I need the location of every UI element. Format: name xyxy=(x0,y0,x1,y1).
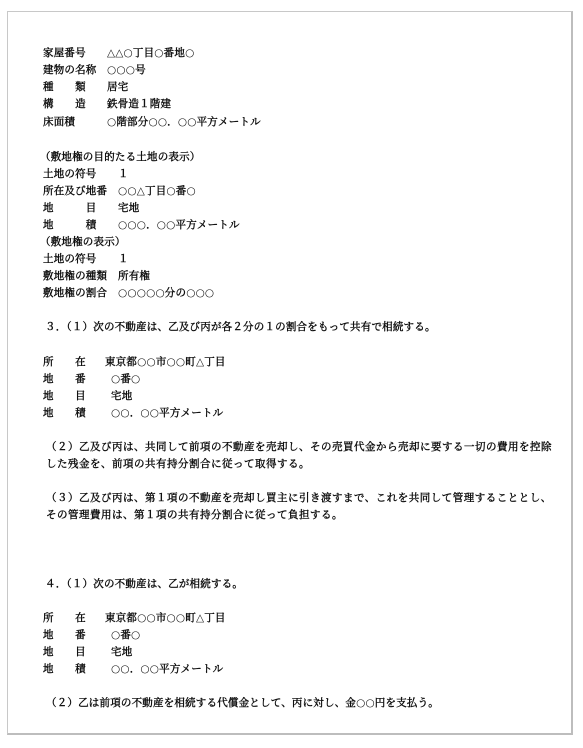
property-row: 地 積○○．○○平方メートル xyxy=(43,406,223,420)
row-value: 東京都○○市○○町△丁目 xyxy=(105,355,226,369)
site-land-row: 所在及び地番○○△丁目○番○ xyxy=(43,184,196,198)
row-label: 所 在 xyxy=(43,611,105,625)
row-label: 所在及び地番 xyxy=(43,184,118,198)
row-value: 東京都○○市○○町△丁目 xyxy=(105,611,226,625)
row-value: 宅地 xyxy=(118,201,139,215)
row-label: 土地の符号 xyxy=(43,252,118,266)
row-label: 家屋番号 xyxy=(43,46,107,60)
property-row: 所 在東京都○○市○○町△丁目 xyxy=(43,355,226,369)
site-right-row: 土地の符号１ xyxy=(43,252,129,266)
property-row: 地 目宅地 xyxy=(43,389,132,403)
row-value: １ xyxy=(118,252,129,266)
site-right-row: 敷地権の割合○○○○○分の○○○ xyxy=(43,286,214,300)
property-row: 地 番○番○ xyxy=(43,628,140,642)
site-land-row: 地 目宅地 xyxy=(43,201,139,215)
row-value: 居宅 xyxy=(107,80,128,94)
building-row: 種 類居宅 xyxy=(43,80,128,94)
clause-4-1: ４．（１）次の不動産は、乙が相続する。 xyxy=(45,577,243,591)
property-row: 地 積○○．○○平方メートル xyxy=(43,662,223,676)
row-value: ○番○ xyxy=(111,372,140,386)
building-row: 家屋番号△△○丁目○番地○ xyxy=(43,46,194,60)
row-value: ○○．○○平方メートル xyxy=(111,406,223,420)
row-label: 地 積 xyxy=(43,218,118,232)
row-label: 建物の名称 xyxy=(43,63,107,77)
row-value: ○○○○○分の○○○ xyxy=(118,286,214,300)
row-label: 所 在 xyxy=(43,355,105,369)
row-value: ○番○ xyxy=(111,628,140,642)
row-value: 所有権 xyxy=(118,269,150,283)
building-row: 構 造鉄骨造１階建 xyxy=(43,97,171,111)
row-value: ○階部分○○．○○平方メートル xyxy=(107,115,261,129)
building-row: 建物の名称○○○号 xyxy=(43,63,146,77)
site-land-row: 地 積○○○．○○平方メートル xyxy=(43,218,240,232)
row-label: 地 番 xyxy=(43,372,111,386)
row-value: ○○○．○○平方メートル xyxy=(118,218,240,232)
row-value: ○○○号 xyxy=(107,63,146,77)
clause-3-3: （３）乙及び丙は、第１項の不動産を売却し買主に引き渡すまで、これを共同して管理す… xyxy=(46,490,556,524)
building-row: 床面積○階部分○○．○○平方メートル xyxy=(43,115,261,129)
row-label: 敷地権の割合 xyxy=(43,286,118,300)
section-heading: （敷地権の目的たる土地の表示） xyxy=(40,150,201,164)
row-value: ○○△丁目○番○ xyxy=(118,184,196,198)
row-label: 床面積 xyxy=(43,115,107,129)
row-label: 土地の符号 xyxy=(43,167,118,181)
clause-3-1: ３．（１）次の不動産は、乙及び丙が各２分の１の割合をもって共有で相続する。 xyxy=(45,320,436,334)
row-value: 鉄骨造１階建 xyxy=(107,97,171,111)
section-heading: （敷地権の表示） xyxy=(40,235,126,249)
row-value: 宅地 xyxy=(111,389,132,403)
row-value: ○○．○○平方メートル xyxy=(111,662,223,676)
clause-4-2: （２）乙は前項の不動産を相続する代償金として、丙に対し、金○○円を支払う。 xyxy=(46,696,439,710)
row-label: 地 番 xyxy=(43,628,111,642)
property-row: 地 目宅地 xyxy=(43,645,132,659)
row-label: 構 造 xyxy=(43,97,107,111)
row-label: 地 目 xyxy=(43,389,111,403)
row-label: 地 目 xyxy=(43,201,118,215)
clause-3-2: （２）乙及び丙は、共同して前項の不動産を売却し、その売買代金から売却に要する一切… xyxy=(46,439,556,473)
property-row: 地 番○番○ xyxy=(43,372,140,386)
row-label: 地 積 xyxy=(43,406,111,420)
property-row: 所 在東京都○○市○○町△丁目 xyxy=(43,611,226,625)
row-label: 地 積 xyxy=(43,662,111,676)
row-label: 敷地権の種類 xyxy=(43,269,118,283)
row-value: △△○丁目○番地○ xyxy=(107,46,194,60)
row-value: 宅地 xyxy=(111,645,132,659)
site-land-row: 土地の符号１ xyxy=(43,167,129,181)
site-right-row: 敷地権の種類所有権 xyxy=(43,269,150,283)
row-label: 種 類 xyxy=(43,80,107,94)
row-value: １ xyxy=(118,167,129,181)
row-label: 地 目 xyxy=(43,645,111,659)
